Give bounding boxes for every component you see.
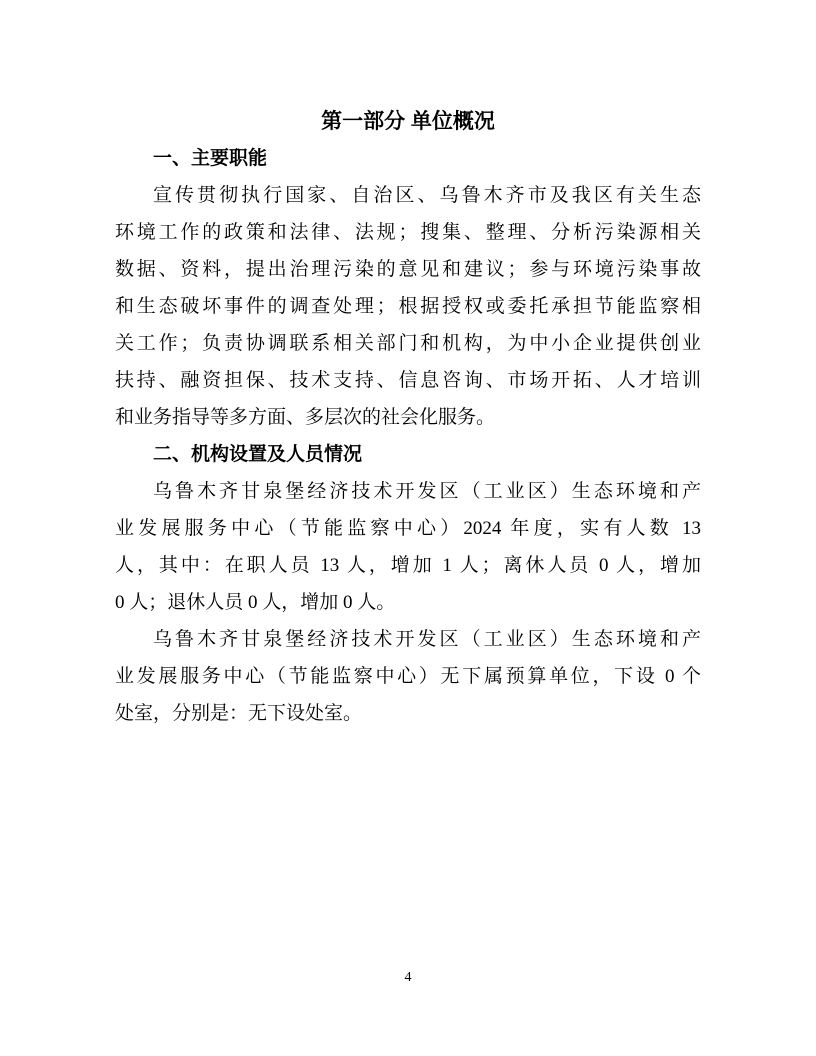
section: 二、机构设置及人员情况乌鲁木齐甘泉堡经济技术开发区（工业区）生态环境和产业发展服… bbox=[115, 436, 701, 732]
body-line: 处室，分别是：无下设处室。 bbox=[115, 695, 701, 732]
body-line: 业发展服务中心（节能监察中心）无下属预算单位，下设 0 个 bbox=[115, 658, 701, 695]
body-line: 乌鲁木齐甘泉堡经济技术开发区（工业区）生态环境和产 bbox=[115, 621, 701, 658]
body-line: 数据、资料，提出治理污染的意见和建议；参与环境污染事故 bbox=[115, 251, 701, 288]
document-body: 第一部分 单位概况 一、主要职能宣传贯彻执行国家、自治区、乌鲁木齐市及我区有关生… bbox=[115, 103, 701, 732]
section: 一、主要职能宣传贯彻执行国家、自治区、乌鲁木齐市及我区有关生态环境工作的政策和法… bbox=[115, 140, 701, 436]
body-line: 0 人；退休人员 0 人，增加 0 人。 bbox=[115, 584, 701, 621]
body-line: 环境工作的政策和法律、法规；搜集、整理、分析污染源相关 bbox=[115, 214, 701, 251]
page-number: 4 bbox=[0, 969, 816, 987]
body-line: 和生态破坏事件的调查处理；根据授权或委托承担节能监察相 bbox=[115, 288, 701, 325]
body-line: 乌鲁木齐甘泉堡经济技术开发区（工业区）生态环境和产 bbox=[115, 473, 701, 510]
body-line: 关工作；负责协调联系相关部门和机构，为中小企业提供创业 bbox=[115, 325, 701, 362]
paragraph: 乌鲁木齐甘泉堡经济技术开发区（工业区）生态环境和产业发展服务中心（节能监察中心）… bbox=[115, 473, 701, 621]
paragraph: 乌鲁木齐甘泉堡经济技术开发区（工业区）生态环境和产业发展服务中心（节能监察中心）… bbox=[115, 621, 701, 732]
body-line: 人，其中：在职人员 13 人，增加 1 人；离休人员 0 人，增加 bbox=[115, 547, 701, 584]
document-page: 第一部分 单位概况 一、主要职能宣传贯彻执行国家、自治区、乌鲁木齐市及我区有关生… bbox=[0, 0, 816, 1056]
body-line: 宣传贯彻执行国家、自治区、乌鲁木齐市及我区有关生态 bbox=[115, 177, 701, 214]
page-title: 第一部分 单位概况 bbox=[115, 103, 701, 140]
section-heading: 二、机构设置及人员情况 bbox=[115, 436, 701, 473]
body-line: 和业务指导等多方面、多层次的社会化服务。 bbox=[115, 399, 701, 436]
paragraph: 宣传贯彻执行国家、自治区、乌鲁木齐市及我区有关生态环境工作的政策和法律、法规；搜… bbox=[115, 177, 701, 436]
body-line: 扶持、融资担保、技术支持、信息咨询、市场开拓、人才培训 bbox=[115, 362, 701, 399]
section-heading: 一、主要职能 bbox=[115, 140, 701, 177]
body-line: 业发展服务中心（节能监察中心）2024 年度，实有人数 13 bbox=[115, 510, 701, 547]
sections: 一、主要职能宣传贯彻执行国家、自治区、乌鲁木齐市及我区有关生态环境工作的政策和法… bbox=[115, 140, 701, 732]
